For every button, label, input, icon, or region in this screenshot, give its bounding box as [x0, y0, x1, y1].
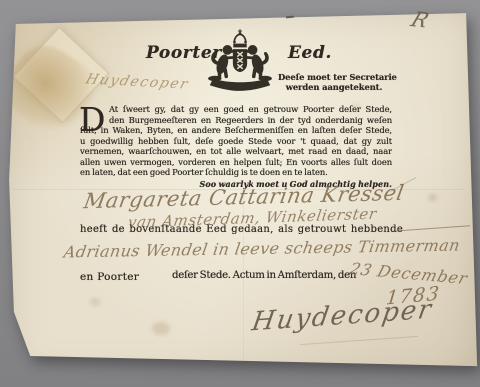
secretary-note-line2: werden aangetekent.	[278, 83, 390, 93]
lion-supporter-left	[211, 45, 234, 78]
entry-spouse-name: Adrianus Wendel in leeve scheeps Timmerm…	[63, 236, 462, 262]
title-eed: Eed.	[288, 43, 332, 63]
oath-line: u goedwillig hebben ſult, deſe goede Ste…	[80, 136, 392, 147]
oath-line: den Burgemeeſteren en Regeerders in der …	[80, 115, 392, 126]
oath-line: en laten, dat een goed Poorter ſchuldig …	[80, 167, 392, 178]
secretary-note: Deeſe moet ter Secretarie werden aangete…	[278, 73, 390, 92]
entry-date-day-month: 23 December	[348, 259, 470, 288]
oath-line: ſult, in Waken, Byten, en andere Beſcher…	[80, 125, 392, 136]
stray-ink-mark	[286, 16, 294, 18]
oath-line: vernemen, waarſchouwen, en tot alle welv…	[80, 146, 392, 157]
amsterdam-crest-emblem	[198, 26, 282, 94]
printed-married-line: heeft de bovenſtaande Eed gedaan, als ge…	[80, 224, 403, 235]
registration-corner-mark: R	[408, 7, 434, 32]
oath-line: allen uwen vermogen, vorderen en helpen …	[80, 157, 392, 168]
handwritten-dash	[392, 225, 470, 232]
signature-flourish	[300, 336, 418, 346]
photo-backdrop: R Poorter	[0, 0, 480, 387]
printed-en-poorter: en Poorter	[80, 271, 139, 283]
clerk-annotation: Huydecoper	[84, 71, 191, 92]
oath-line: At ſweert gy, dat gy een goed en getrouw…	[80, 104, 392, 115]
lion-supporter-right	[245, 45, 268, 78]
oath-paragraph: At ſweert gy, dat gy een goed en getrouw…	[80, 104, 392, 189]
burgomaster-signature: Huydecoper	[250, 294, 435, 337]
document-content: R Poorter	[0, 0, 480, 387]
printed-actum-line: deſer Stede. Actum in Amſterdam, den	[172, 270, 356, 281]
